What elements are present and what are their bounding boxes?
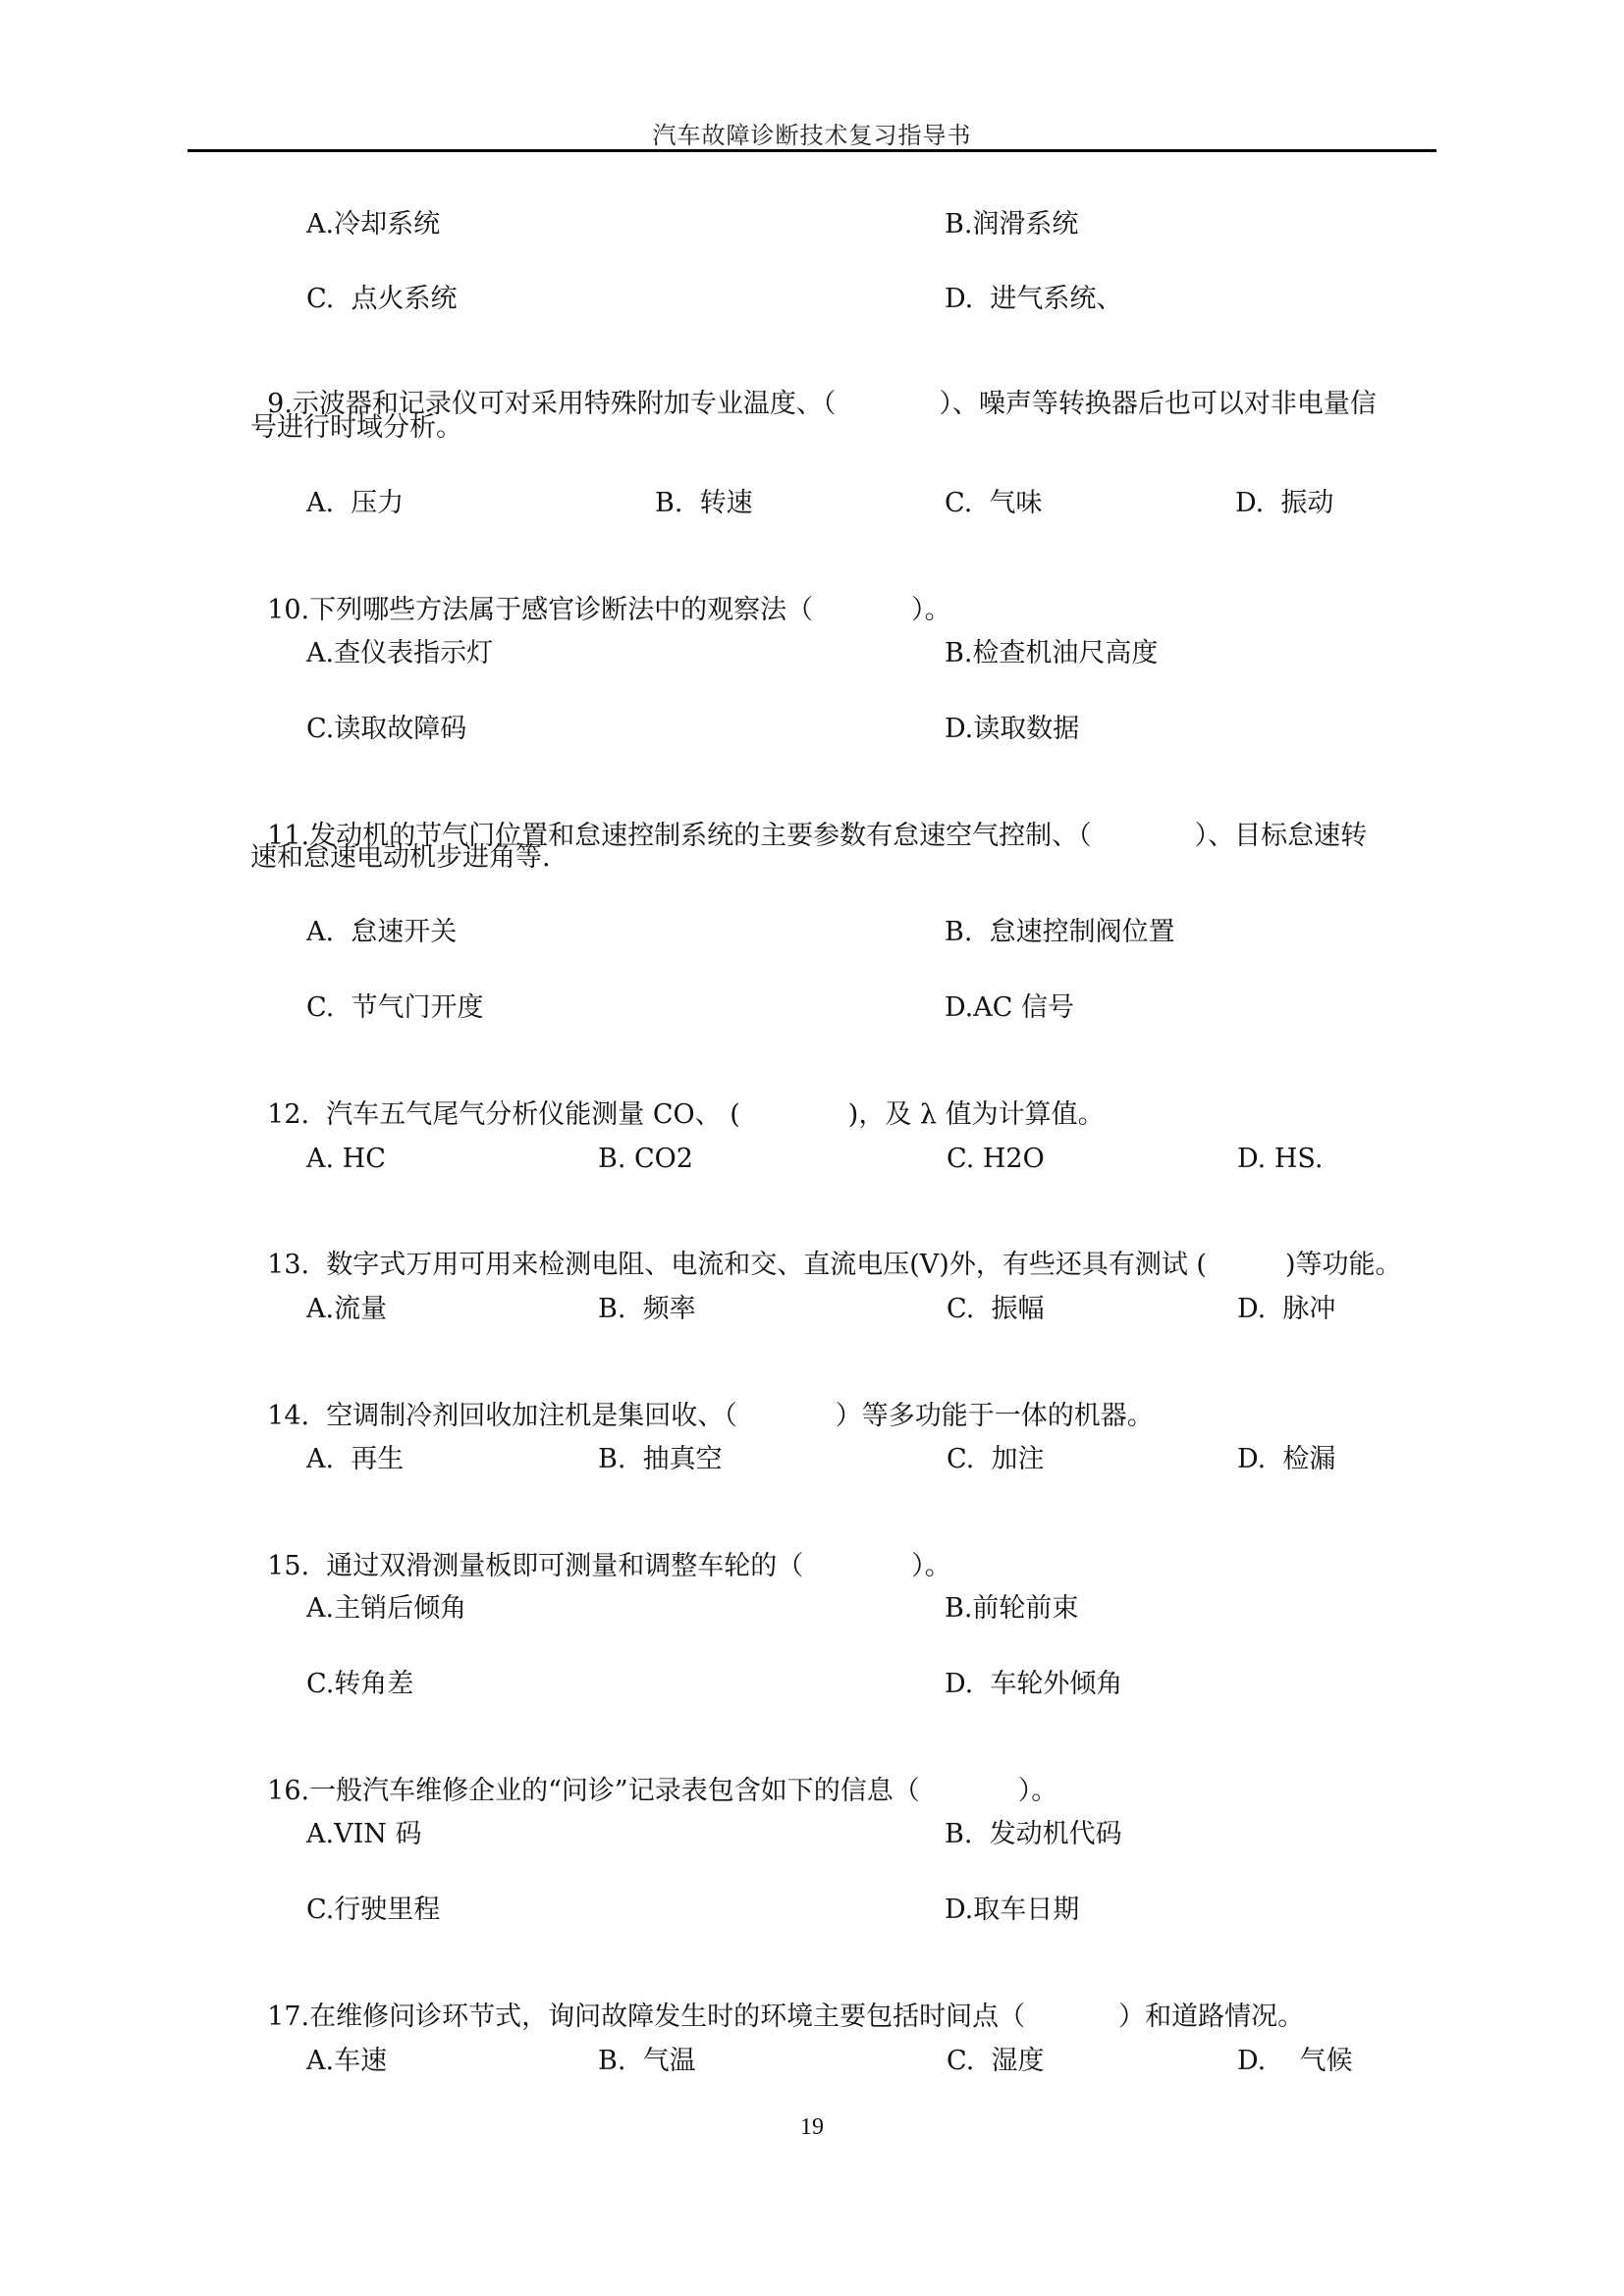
- q9-stem-line-2: 号进行时域分析。: [250, 412, 462, 444]
- q8-option-c: C. 点火系统: [306, 284, 457, 315]
- q16-stem-text-after: ）。: [1018, 1776, 1058, 1806]
- q12-option-c: C. H2O: [947, 1144, 1045, 1175]
- q16-option-a: A.VIN 码: [306, 1819, 421, 1850]
- q15-stem-text-before: 15. 通过双滑测量板即可测量和调整车轮的（: [267, 1551, 803, 1581]
- q12-stem-text-after: )，及 λ 值为计算值。: [848, 1099, 1105, 1130]
- q17-option-c: C. 湿度: [947, 2046, 1044, 2077]
- q10-option-b: B.检查机油尺高度: [945, 638, 1158, 669]
- q9-stem-line-1: 9.示波器和记录仪可对采用特殊附加专业温度、（）、噪声等转换器后也可以对非电量信: [250, 357, 1377, 420]
- q9-option-d: D. 振动: [1235, 488, 1333, 519]
- q8-option-b: B.润滑系统: [945, 209, 1078, 240]
- q17-option-d: D. 气候: [1237, 2046, 1353, 2077]
- q17-option-b: B. 气温: [598, 2046, 696, 2077]
- q12-option-d: D. HS.: [1237, 1144, 1324, 1175]
- header-divider: [188, 149, 1436, 152]
- q12-option-b: B. CO2: [598, 1144, 693, 1175]
- q10-option-c: C.读取故障码: [306, 714, 466, 745]
- q14-stem-text-before: 14. 空调制冷剂回收加注机是集回收、（: [267, 1401, 737, 1431]
- q13-stem-text-after: )等功能。: [1285, 1250, 1402, 1280]
- q13-stem-line-1: 13. 数字式万用可用来检测电阻、电流和交、直流电压(V)外，有些还具有测试 (…: [250, 1218, 1402, 1281]
- q9-option-a: A. 压力: [306, 488, 404, 519]
- q13-stem-text-before: 13. 数字式万用可用来检测电阻、电流和交、直流电压(V)外，有些还具有测试 (: [267, 1250, 1207, 1280]
- q8-option-d: D. 进气系统、: [945, 284, 1122, 315]
- q9-option-b: B. 转速: [655, 488, 753, 519]
- q10-stem-text-after: ）。: [911, 595, 951, 625]
- q10-stem-line-1: 10.下列哪些方法属于感官诊断法中的观察法（）。: [250, 563, 951, 626]
- q10-stem-text-before: 10.下列哪些方法属于感官诊断法中的观察法（: [267, 595, 813, 625]
- q11-option-b: B. 怠速控制阀位置: [945, 917, 1175, 948]
- q14-stem-text-after: ）等多功能于一体的机器。: [836, 1401, 1154, 1431]
- q10-option-d: D.读取数据: [945, 714, 1079, 745]
- q12-stem-line-1: 12. 汽车五气尾气分析仪能测量 CO、 ()，及 λ 值为计算值。: [250, 1068, 1105, 1131]
- q16-option-c: C.行驶里程: [306, 1895, 440, 1926]
- q9-stem-text-after: ）、噪声等转换器后也可以对非电量信: [939, 389, 1377, 419]
- q11-option-d: D.AC 信号: [945, 992, 1074, 1024]
- q11-option-a: A. 怠速开关: [306, 917, 457, 948]
- q12-option-a: A. HC: [306, 1144, 386, 1175]
- q15-stem-text-after: ）。: [911, 1551, 951, 1581]
- q15-stem-line-1: 15. 通过双滑测量板即可测量和调整车轮的（）。: [250, 1520, 951, 1582]
- q15-option-d: D. 车轮外倾角: [945, 1669, 1122, 1700]
- q13-option-b: B. 频率: [598, 1294, 696, 1325]
- page-number: 19: [0, 2114, 1624, 2141]
- q14-option-a: A. 再生: [306, 1444, 404, 1475]
- q9-option-c: C. 气味: [945, 488, 1042, 519]
- q16-option-d: D.取车日期: [945, 1895, 1079, 1926]
- q16-stem-line-1: 16.一般汽车维修企业的“问诊”记录表包含如下的信息（）。: [250, 1744, 1057, 1807]
- page-header-title: 汽车故障诊断技术复习指导书: [0, 116, 1624, 150]
- q15-option-c: C.转角差: [306, 1669, 413, 1700]
- q13-option-c: C. 振幅: [947, 1294, 1044, 1325]
- q13-option-d: D. 脉冲: [1237, 1294, 1335, 1325]
- q11-option-c: C. 节气门开度: [306, 992, 483, 1024]
- q14-option-c: C. 加注: [947, 1444, 1044, 1475]
- q10-option-a: A.查仪表指示灯: [306, 638, 493, 669]
- q14-stem-line-1: 14. 空调制冷剂回收加注机是集回收、（）等多功能于一体的机器。: [250, 1369, 1154, 1432]
- q17-stem-text-before: 17.在维修问诊环节式，询问故障发生时的环境主要包括时间点（: [267, 2002, 1025, 2032]
- q11-stem-line-2: 速和怠速电动机步进角等.: [250, 842, 551, 874]
- q12-stem-text-before: 12. 汽车五气尾气分析仪能测量 CO、 (: [267, 1099, 740, 1130]
- q16-option-b: B. 发动机代码: [945, 1819, 1122, 1850]
- q14-option-d: D. 检漏: [1237, 1444, 1335, 1475]
- q15-option-b: B.前轮前束: [945, 1593, 1078, 1625]
- q17-stem-line-1: 17.在维修问诊环节式，询问故障发生时的环境主要包括时间点（）和道路情况。: [250, 1970, 1304, 2033]
- q14-option-b: B. 抽真空: [598, 1444, 723, 1475]
- q15-option-a: A.主销后倾角: [306, 1593, 466, 1625]
- q17-option-a: A.车速: [306, 2046, 387, 2077]
- q8-option-a: A.冷却系统: [306, 209, 440, 240]
- q13-option-a: A.流量: [306, 1294, 387, 1325]
- q16-stem-text-before: 16.一般汽车维修企业的“问诊”记录表包含如下的信息（: [267, 1776, 920, 1806]
- q17-stem-text-after: ）和道路情况。: [1118, 2002, 1304, 2032]
- q11-stem-text-after: ）、目标怠速转: [1195, 821, 1368, 851]
